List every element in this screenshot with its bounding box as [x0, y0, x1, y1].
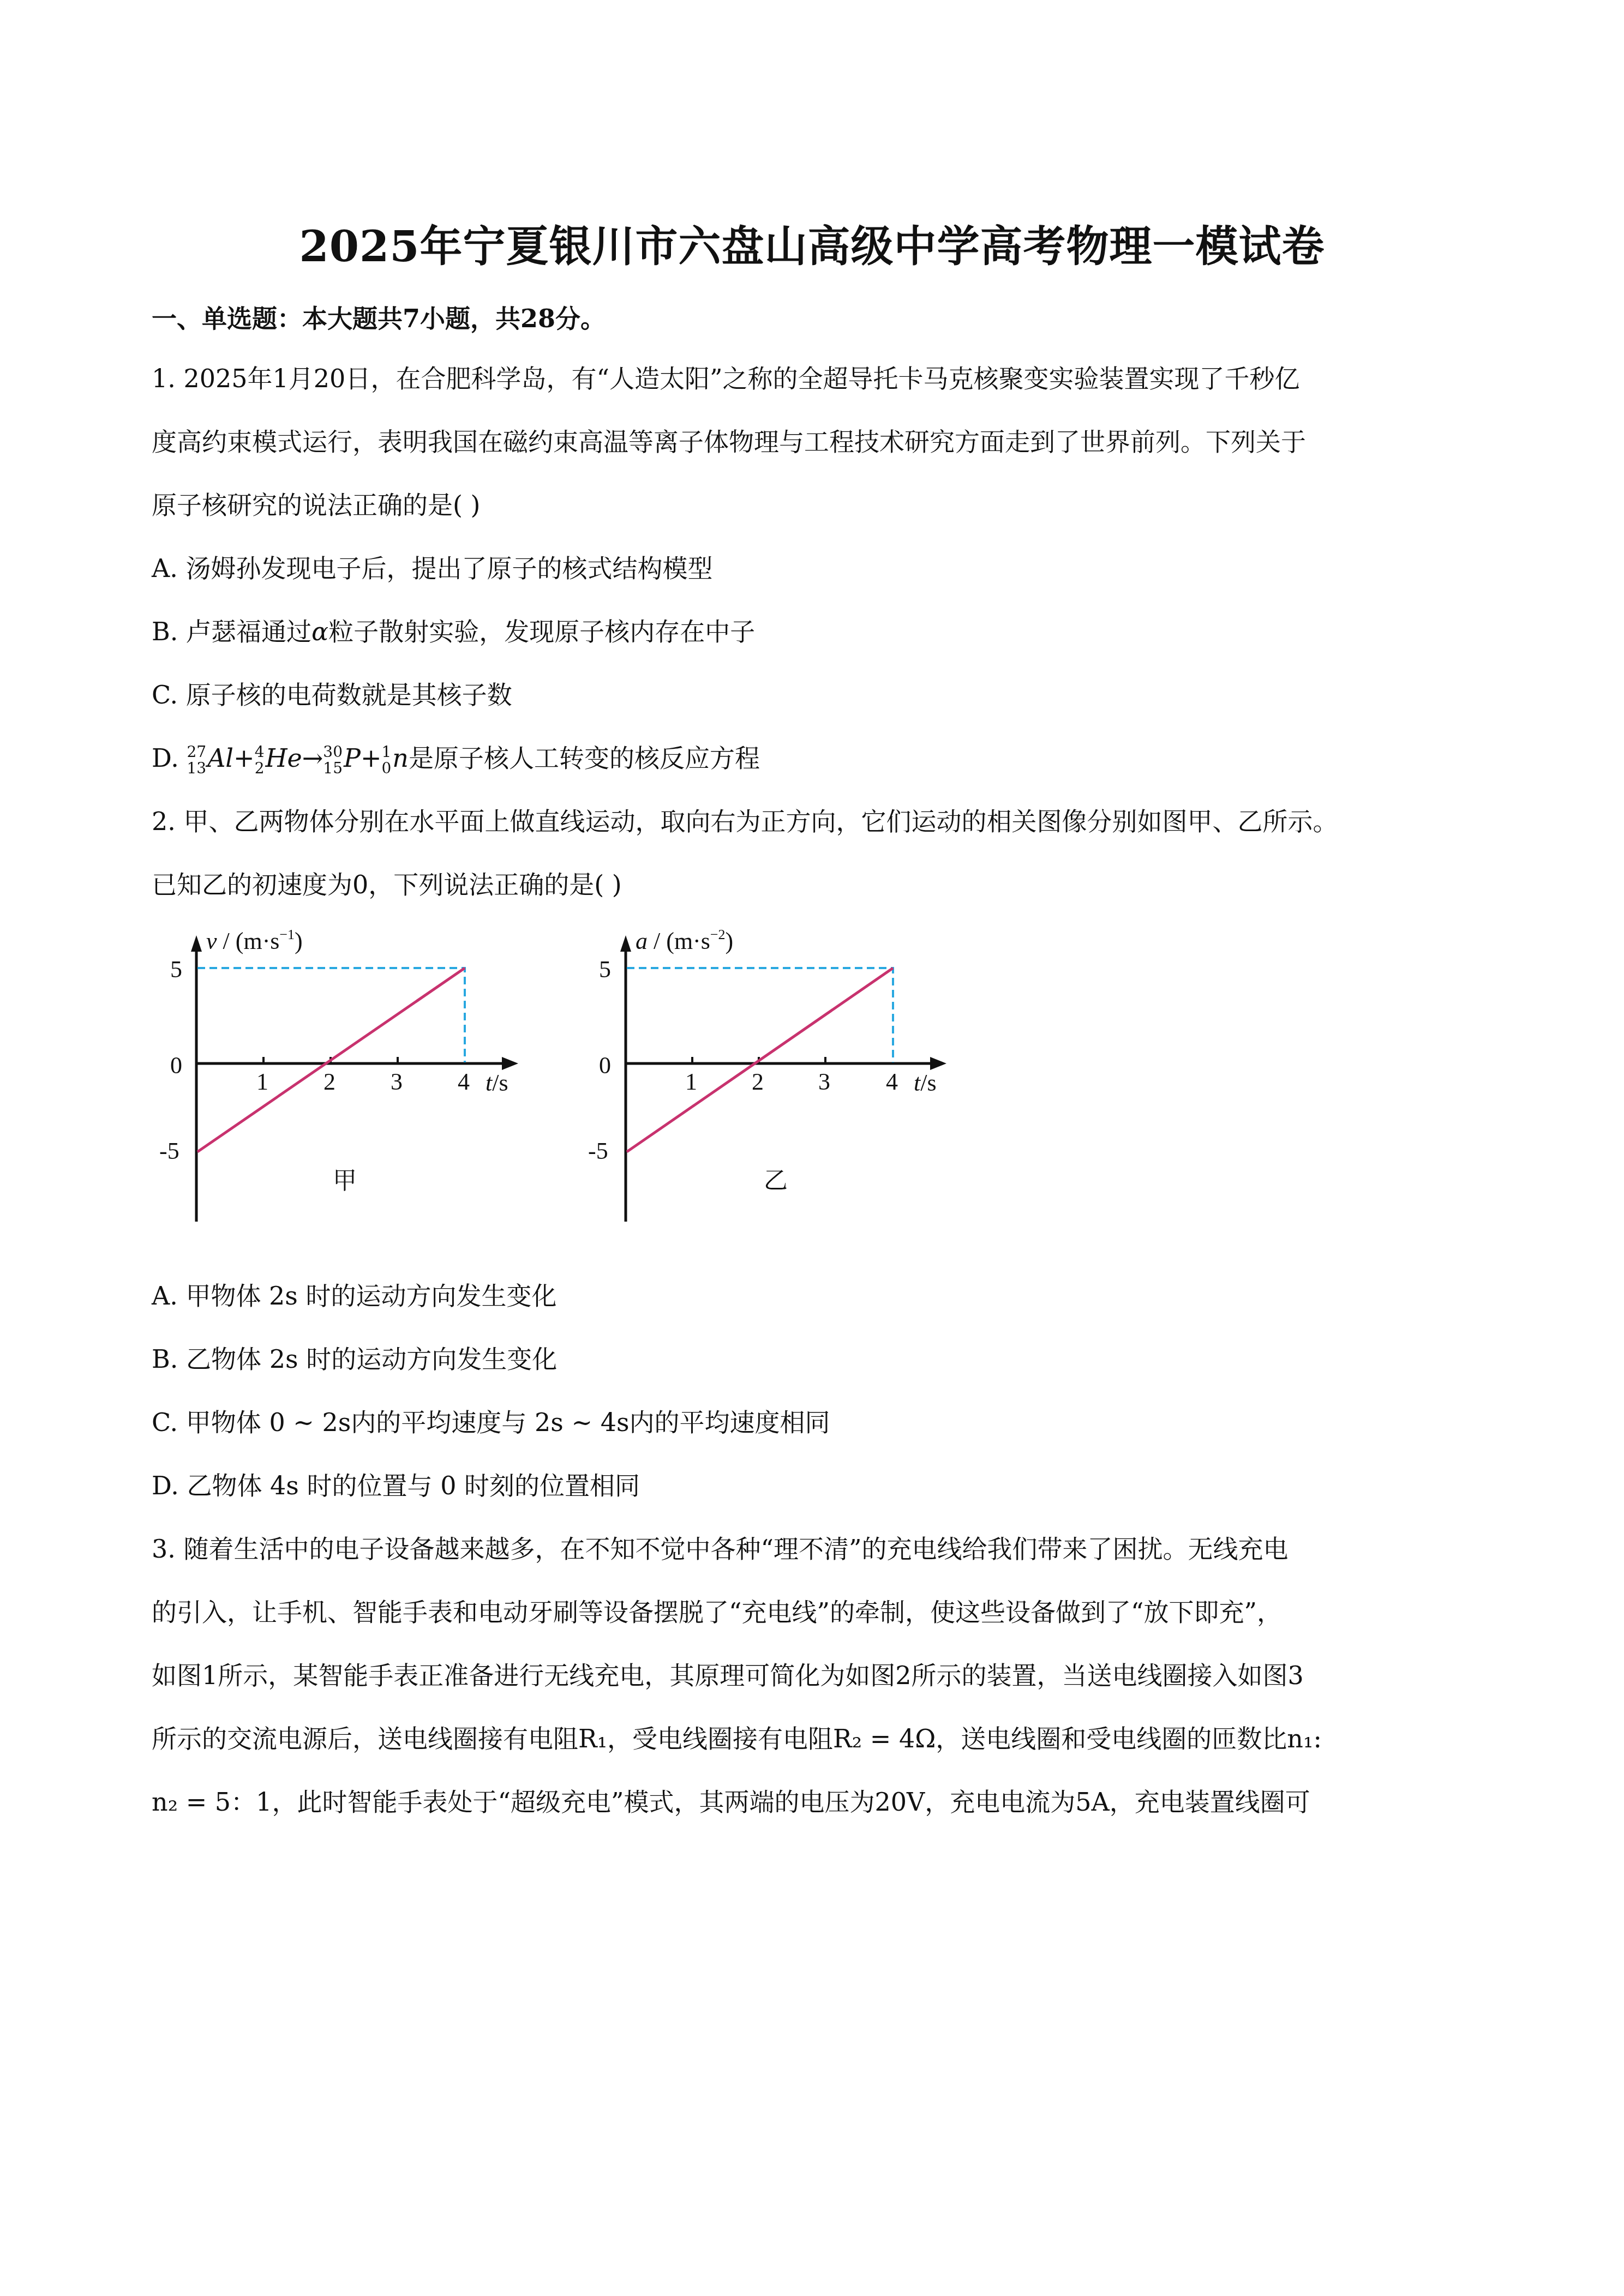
svg-text:5: 5	[170, 956, 182, 983]
svg-text:2: 2	[323, 1068, 335, 1095]
q3-line4: 所示的交流电源后，送电线圈接有电阻R₁，受电线圈接有电阻R₂ = 4Ω，送电线圈…	[152, 1707, 1322, 1770]
mass-number: 30	[323, 744, 343, 760]
q1-option-a: A. 汤姆孙发现电子后，提出了原子的核式结构模型	[152, 537, 712, 600]
velocity-time-graph: v / (m·s−1) 5 0 -5 1 2 3 4 t/s 甲	[147, 916, 562, 1254]
section-heading: 一、单选题：本大题共7小题，共28分。	[152, 299, 606, 335]
atomic-number: 2	[255, 760, 265, 777]
svg-text:5: 5	[599, 956, 611, 983]
al-nuclide: 2713	[187, 744, 207, 777]
svg-text:4: 4	[458, 1068, 470, 1095]
acceleration-time-graph: a / (m·s−2) 5 0 -5 1 2 3 4 t/s 乙	[573, 916, 987, 1254]
q1-line1: 1. 2025年1月20日，在合肥科学岛，有“人造太阳”之称的全超导托卡马克核聚…	[152, 347, 1299, 410]
text: 是原子核人工转变的核反应方程	[409, 743, 760, 773]
q1-option-d: D. 2713Al+42He→3015P+10n是原子核人工转变的核反应方程	[152, 726, 760, 790]
element-he: He	[265, 743, 302, 773]
svg-text:v / (m·s−1): v / (m·s−1)	[206, 927, 303, 954]
element-al: Al	[207, 743, 233, 773]
x-axis-arrow-icon	[502, 1057, 518, 1070]
y-axis-arrow-icon	[191, 935, 202, 952]
svg-text:-5: -5	[588, 1138, 608, 1164]
q2-option-c: C. 甲物体 0 ~ 2s内的平均速度与 2s ~ 4s内的平均速度相同	[152, 1391, 830, 1454]
svg-text:1: 1	[685, 1068, 697, 1095]
option-label: D.	[152, 743, 187, 773]
n-nuclide: 10	[381, 744, 391, 777]
text: B. 卢瑟福通过	[152, 617, 311, 646]
y-axis-arrow-icon	[620, 935, 631, 952]
atomic-number: 13	[187, 760, 207, 777]
q3-line3: 如图1所示，某智能手表正准备进行无线充电，其原理可简化为如图2所示的装置，当送电…	[152, 1644, 1304, 1707]
atomic-number: 15	[323, 760, 343, 777]
plus: +	[361, 743, 382, 773]
svg-text:甲: 甲	[333, 1168, 357, 1194]
neutron: n	[392, 743, 409, 773]
q3-line2: 的引入，让手机、智能手表和电动牙刷等设备摆脱了“充电线”的牵制，使这些设备做到了…	[152, 1580, 1282, 1644]
x-axis-arrow-icon	[930, 1057, 946, 1070]
q3-line1: 3. 随着生活中的电子设备越来越多，在不知不觉中各种“理不清”的充电线给我们带来…	[152, 1517, 1289, 1580]
page-title: 2025年宁夏银川市六盘山高级中学高考物理一模试卷	[0, 213, 1624, 274]
mass-number: 27	[187, 744, 207, 760]
arrow: →	[302, 743, 323, 773]
svg-text:t/s: t/s	[486, 1069, 508, 1096]
q2-option-d: D. 乙物体 4s 时的位置与 0 时刻的位置相同	[152, 1454, 640, 1517]
q3-line5: n₂ = 5：1，此时智能手表处于“超级充电”模式，其两端的电压为20V，充电电…	[152, 1770, 1310, 1834]
q1-line2: 度高约束模式运行，表明我国在磁约束高温等离子体物理与工程技术研究方面走到了世界前…	[152, 410, 1306, 473]
svg-text:0: 0	[170, 1052, 182, 1079]
svg-text:2: 2	[752, 1068, 764, 1095]
q2-option-b: B. 乙物体 2s 时的运动方向发生变化	[152, 1327, 557, 1391]
text: 粒子散射实验，发现原子核内存在中子	[328, 617, 755, 646]
mass-number: 4	[255, 744, 265, 760]
p-nuclide: 3015	[323, 744, 343, 777]
q1-line3: 原子核研究的说法正确的是( )	[152, 473, 481, 537]
q2-option-a: A. 甲物体 2s 时的运动方向发生变化	[152, 1264, 557, 1327]
plus: +	[233, 743, 255, 773]
q2-line1: 2. 甲、乙两物体分别在水平面上做直线运动，取向右为正方向，它们运动的相关图像分…	[152, 790, 1338, 853]
svg-text:1: 1	[256, 1068, 268, 1095]
q1-option-b: B. 卢瑟福通过α粒子散射实验，发现原子核内存在中子	[152, 600, 755, 663]
svg-text:-5: -5	[159, 1138, 179, 1164]
svg-text:3: 3	[391, 1068, 403, 1095]
svg-text:0: 0	[599, 1052, 611, 1079]
svg-text:4: 4	[886, 1068, 898, 1095]
svg-text:3: 3	[818, 1068, 830, 1095]
q2-line2: 已知乙的初速度为0，下列说法正确的是( )	[152, 853, 622, 916]
q1-option-c: C. 原子核的电荷数就是其核子数	[152, 663, 512, 726]
svg-text:t/s: t/s	[914, 1069, 937, 1096]
alpha-symbol: α	[311, 617, 328, 646]
svg-text:a / (m·s−2): a / (m·s−2)	[636, 927, 733, 954]
atomic-number: 0	[381, 760, 391, 777]
svg-text:乙: 乙	[764, 1168, 788, 1194]
element-p: P	[344, 743, 361, 773]
he-nuclide: 42	[255, 744, 265, 777]
mass-number: 1	[381, 744, 391, 760]
